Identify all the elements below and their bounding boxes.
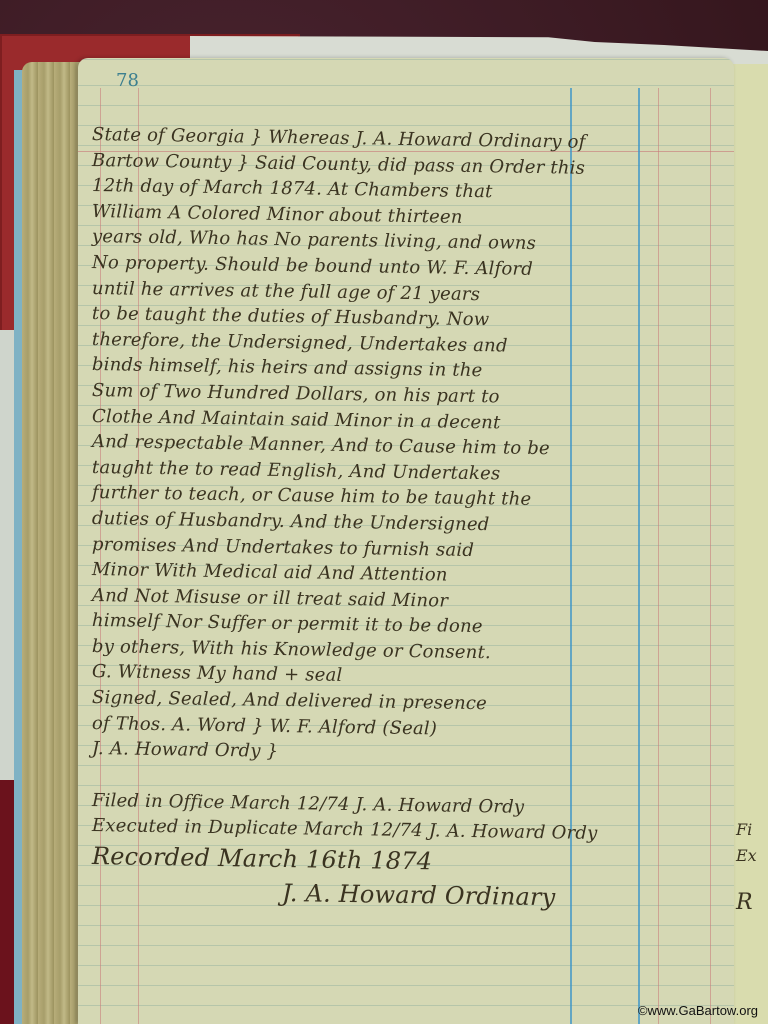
copyright-watermark: ©www.GaBartow.org <box>638 1003 758 1018</box>
adjacent-page-fragment: Ex <box>736 846 757 865</box>
ledger-page: 78 State of Georgia } Whereas J. A. Howa… <box>78 58 734 1024</box>
page-edges <box>22 62 82 1024</box>
adjacent-page <box>728 64 768 1024</box>
handwritten-body: State of Georgia } Whereas J. A. Howard … <box>92 122 732 907</box>
adjacent-page-fragment: Fi <box>736 820 752 839</box>
page-number: 78 <box>116 70 139 91</box>
adjacent-page-fragment: R <box>736 890 753 915</box>
